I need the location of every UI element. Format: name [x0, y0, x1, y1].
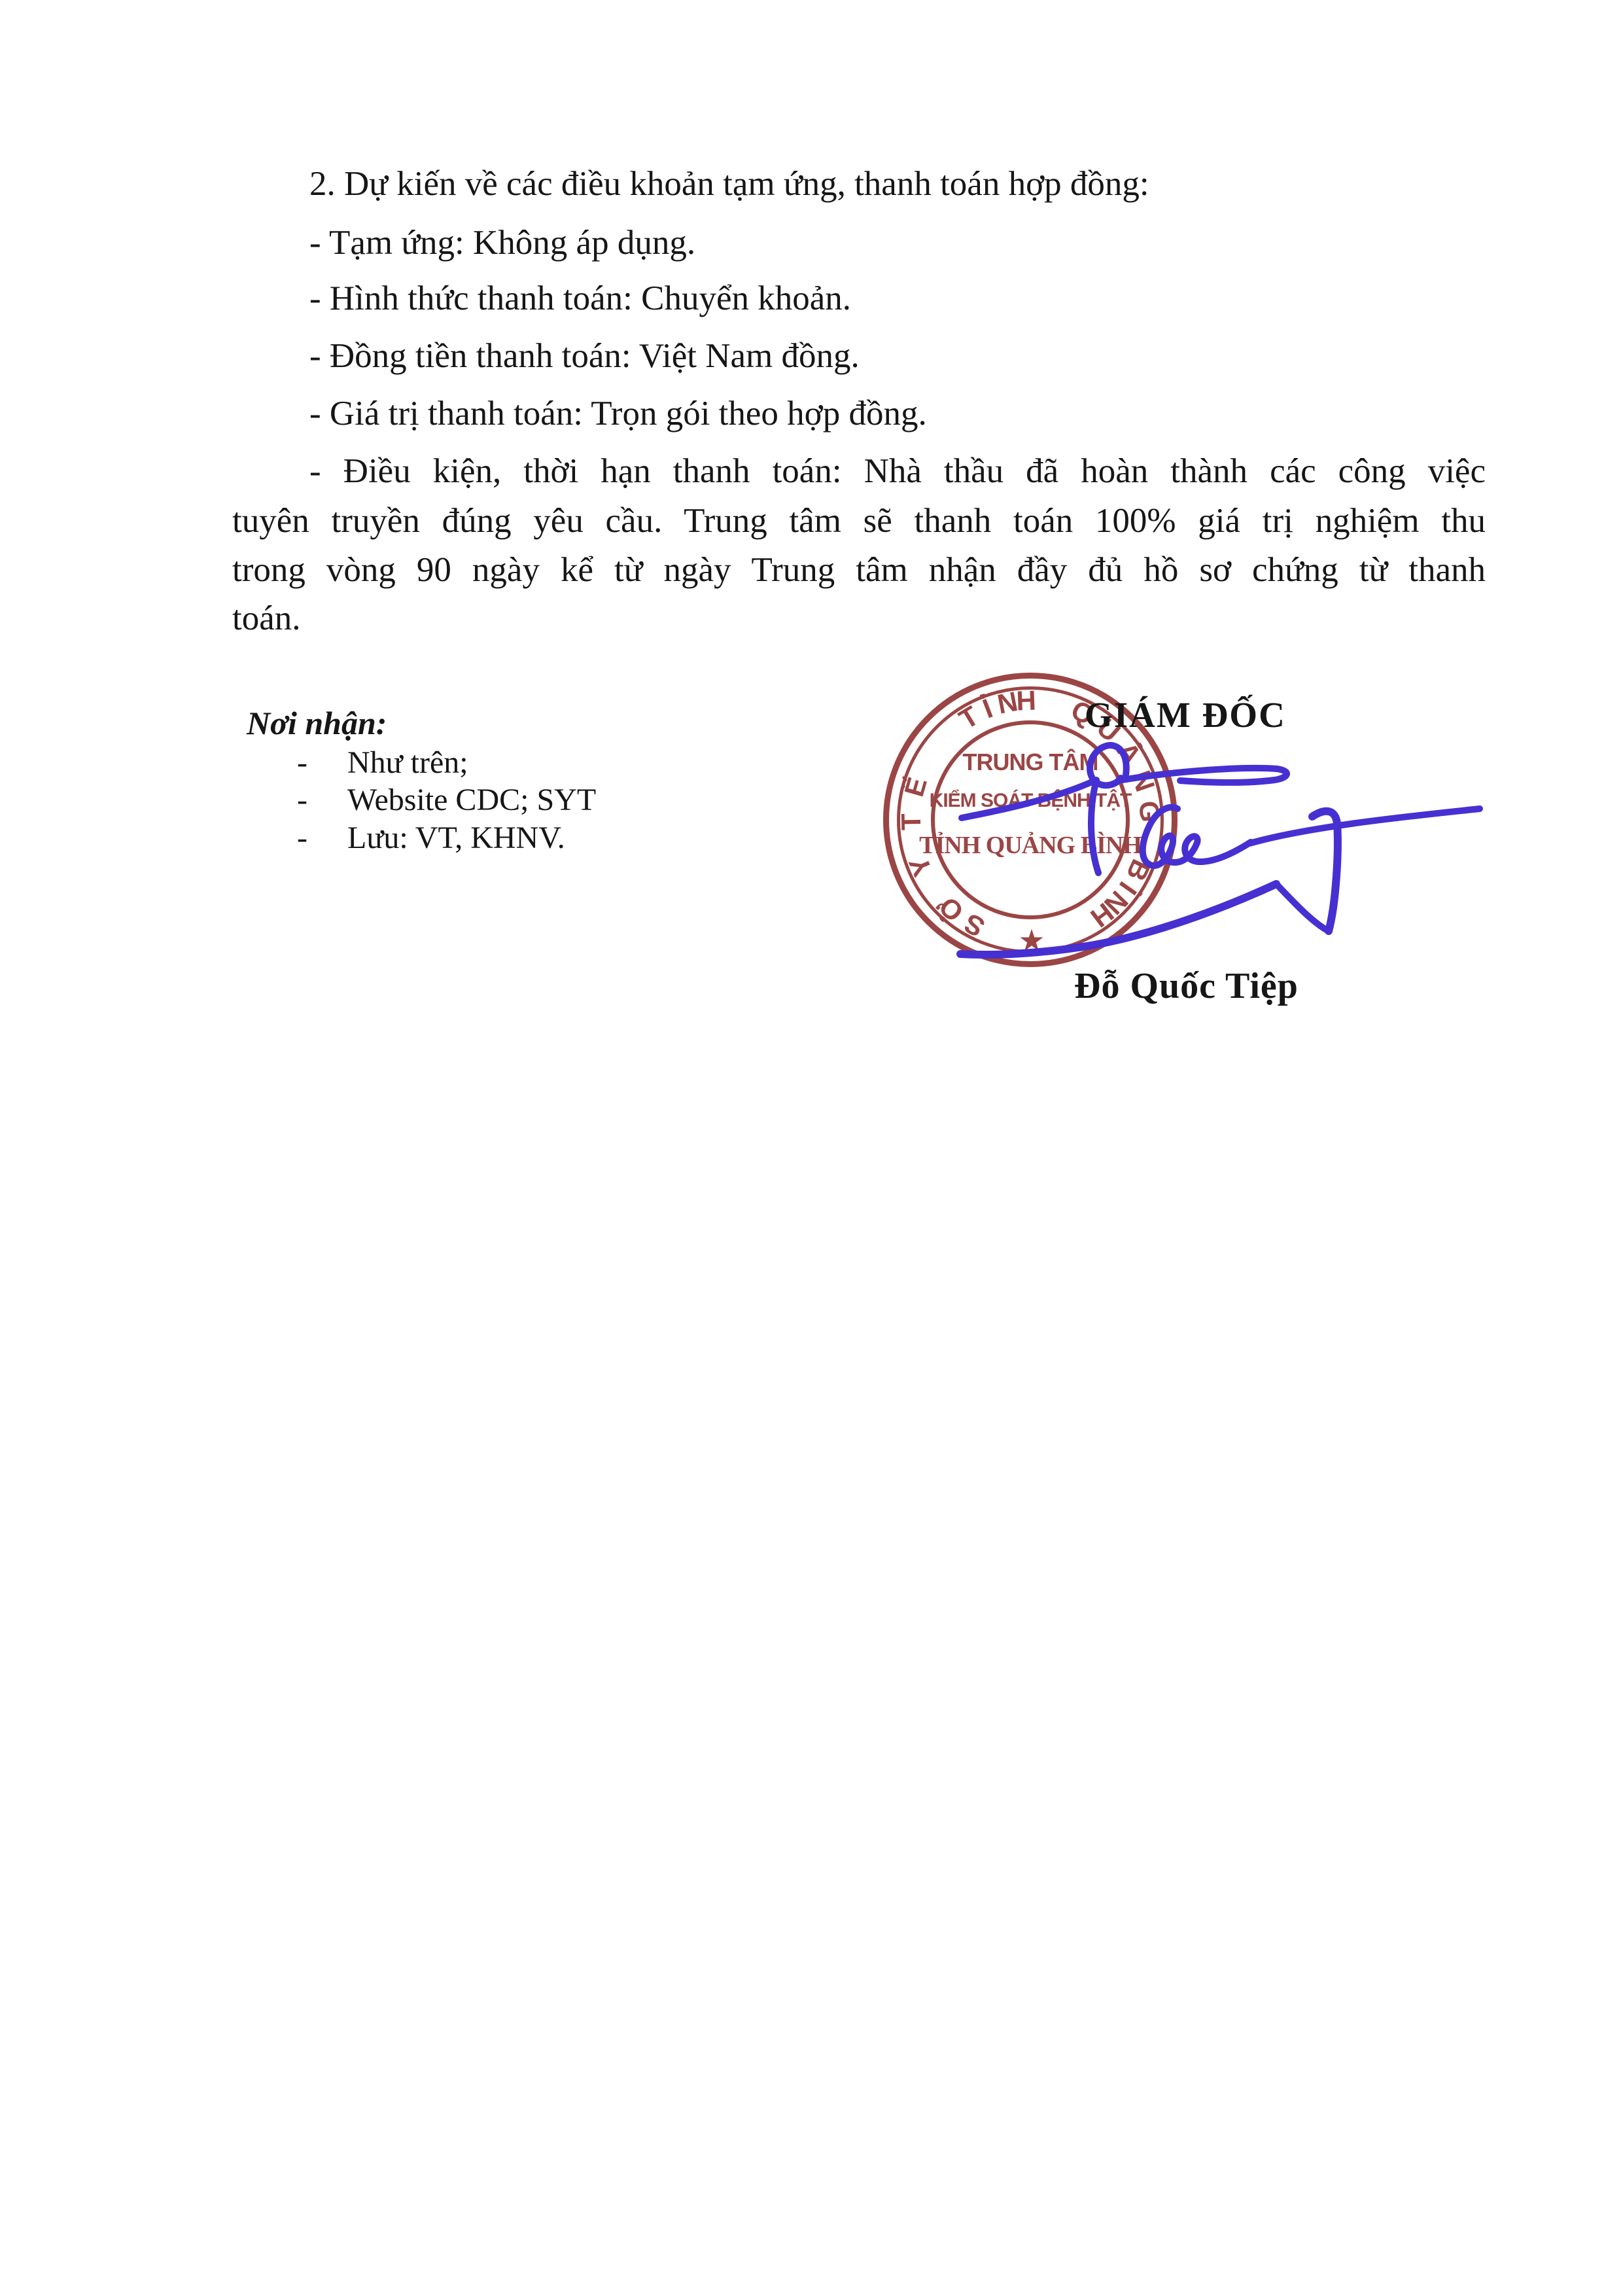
signature-ink [0, 0, 1623, 2296]
signer-title: GIÁM ĐỐC [1085, 694, 1286, 735]
signer-name: Đỗ Quốc Tiệp [1074, 965, 1299, 1007]
document-page: 2. Dự kiến về các điều khoản tạm ứng, th… [0, 0, 1623, 2296]
